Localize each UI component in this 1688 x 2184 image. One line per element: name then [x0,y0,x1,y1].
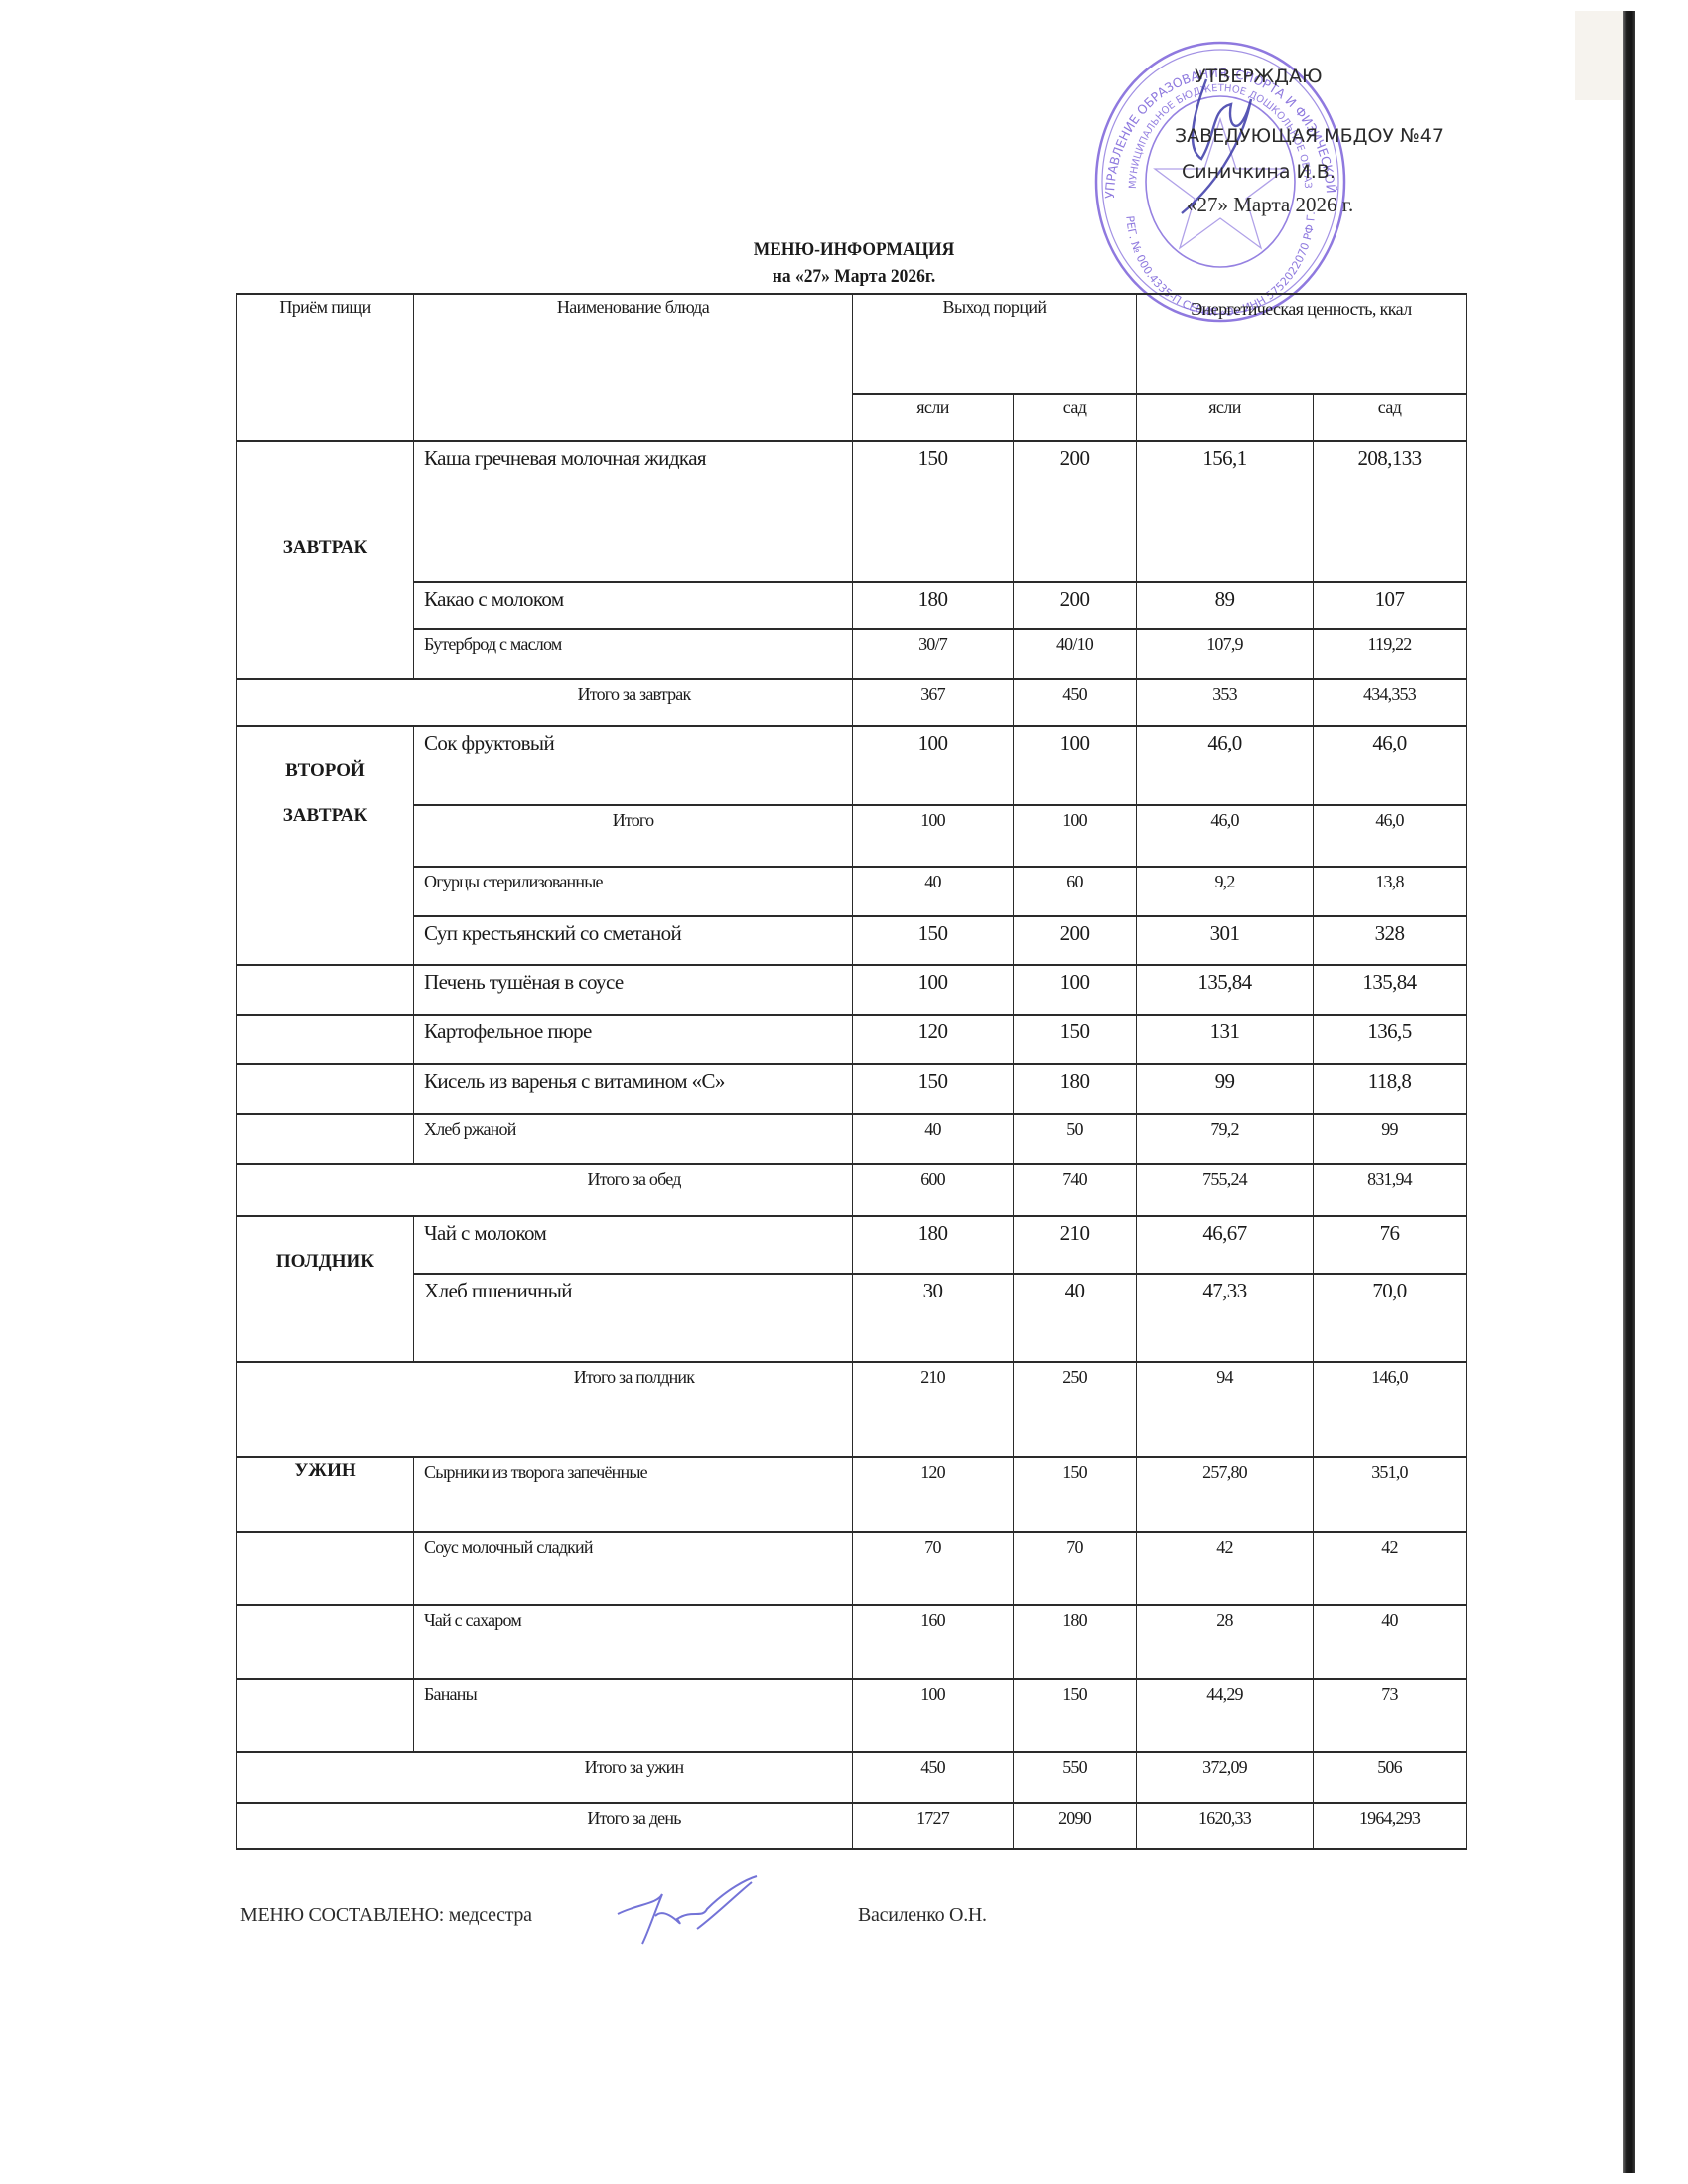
header-energy: Энергетическая ценность, ккал [1136,293,1467,393]
energy-nursery: 44,29 [1136,1678,1313,1751]
energy-garden: 13,8 [1313,866,1467,915]
portion-garden: 200 [1013,581,1136,628]
energy-garden: 506 [1313,1751,1467,1802]
energy-garden: 99 [1313,1113,1467,1163]
energy-garden: 107 [1313,581,1467,628]
page-title: МЕНЮ-ИНФОРМАЦИЯ [580,239,1128,261]
energy-garden: 118,8 [1313,1063,1467,1113]
portion-garden: 150 [1013,1678,1136,1751]
nurse-signature [608,1874,767,1954]
total-row-label: Итого за день [236,1802,852,1850]
energy-garden: 135,84 [1313,964,1467,1014]
energy-nursery: 755,24 [1136,1163,1313,1215]
energy-nursery: 1620,33 [1136,1802,1313,1850]
dish-name: Картофельное пюре [413,1014,852,1063]
portion-garden: 40 [1013,1273,1136,1361]
energy-nursery: 79,2 [1136,1113,1313,1163]
portion-nursery: 150 [852,915,1013,964]
portion-nursery: 100 [852,1678,1013,1751]
energy-nursery: 42 [1136,1531,1313,1604]
energy-nursery: 257,80 [1136,1456,1313,1531]
energy-nursery: 94 [1136,1361,1313,1456]
portion-garden: 740 [1013,1163,1136,1215]
portion-garden: 450 [1013,678,1136,725]
page-subtitle: на «27» Марта 2026г. [580,266,1128,288]
approval-position: ЗАВЕДУЮЩАЯ МБДОУ №47 [1175,125,1444,147]
meal-empty-cell [236,1063,413,1113]
portion-nursery: 30/7 [852,628,1013,678]
dish-name: Сырники из творога запечённые [413,1456,852,1531]
energy-garden: 136,5 [1313,1014,1467,1063]
energy-nursery: 46,67 [1136,1215,1313,1273]
dish-name: Каша гречневая молочная жидкая [413,440,852,581]
meal-empty-cell [236,1113,413,1163]
energy-nursery: 47,33 [1136,1273,1313,1361]
portion-garden: 150 [1013,1456,1136,1531]
portion-garden: 40/10 [1013,628,1136,678]
portion-nursery: 600 [852,1163,1013,1215]
meal-label-word: ВТОРОЙ [237,760,413,783]
dish-name: Печень тушёная в соусе [413,964,852,1014]
total-row-label: Итого за обед [236,1163,852,1215]
dish-name: Хлеб пшеничный [413,1273,852,1361]
energy-garden: 119,22 [1313,628,1467,678]
portion-garden: 200 [1013,915,1136,964]
energy-garden: 46,0 [1313,804,1467,866]
header-dish: Наименование блюда [413,293,852,440]
portion-garden: 70 [1013,1531,1136,1604]
portion-nursery: 100 [852,725,1013,804]
portion-garden: 180 [1013,1604,1136,1678]
energy-nursery: 353 [1136,678,1313,725]
dish-name: Бутерброд с маслом [413,628,852,678]
portion-garden: 250 [1013,1361,1136,1456]
composed-by-label: МЕНЮ СОСТАВЛЕНО: медсестра [240,1904,532,1927]
portion-nursery: 150 [852,440,1013,581]
energy-garden: 42 [1313,1531,1467,1604]
dish-name: Чай с сахаром [413,1604,852,1678]
approval-heading: УТВЕРЖДАЮ [1195,66,1323,87]
meal-empty-cell [236,1678,413,1751]
header-energy-nursery: ясли [1136,393,1313,440]
portion-nursery: 70 [852,1531,1013,1604]
total-row-label: Итого за полдник [236,1361,852,1456]
meal-label-word: ЗАВТРАК [237,805,413,828]
portion-nursery: 100 [852,964,1013,1014]
dish-name: Соус молочный сладкий [413,1531,852,1604]
portion-garden: 2090 [1013,1802,1136,1850]
portion-garden: 180 [1013,1063,1136,1113]
meal-empty-cell [236,1604,413,1678]
energy-garden: 146,0 [1313,1361,1467,1456]
dish-name: Хлеб ржаной [413,1113,852,1163]
meal-label-word: ЗАВТРАК [237,537,413,560]
energy-garden: 351,0 [1313,1456,1467,1531]
meal-label-word: УЖИН [237,1460,413,1483]
portion-nursery: 160 [852,1604,1013,1678]
energy-nursery: 46,0 [1136,725,1313,804]
dish-name: Чай с молоком [413,1215,852,1273]
dish-name: Сок фруктовый [413,725,852,804]
meal-label: УЖИН [236,1456,413,1531]
energy-garden: 328 [1313,915,1467,964]
portion-garden: 60 [1013,866,1136,915]
portion-nursery: 210 [852,1361,1013,1456]
dish-name: Кисель из варенья с витамином «С» [413,1063,852,1113]
header-energy-garden: сад [1313,393,1467,440]
approval-date: «27» Марта 2026 г. [1187,193,1353,217]
portion-garden: 100 [1013,804,1136,866]
energy-nursery: 372,09 [1136,1751,1313,1802]
energy-garden: 208,133 [1313,440,1467,581]
energy-garden: 434,353 [1313,678,1467,725]
header-portion: Выход порций [852,293,1136,393]
energy-garden: 73 [1313,1678,1467,1751]
total-row-label: Итого за ужин [236,1751,852,1802]
meal-label: ЗАВТРАК [236,440,413,678]
scan-border [1623,11,1635,2173]
meal-empty-cell [236,1531,413,1604]
header-portion-nursery: ясли [852,393,1013,440]
energy-nursery: 131 [1136,1014,1313,1063]
energy-nursery: 156,1 [1136,440,1313,581]
portion-nursery: 120 [852,1456,1013,1531]
energy-garden: 76 [1313,1215,1467,1273]
portion-garden: 200 [1013,440,1136,581]
approval-person: Синичкина И.В. [1182,161,1336,183]
portion-nursery: 40 [852,1113,1013,1163]
dish-name: Огурцы стерилизованные [413,866,852,915]
portion-nursery: 100 [852,804,1013,866]
header-meal: Приём пищи [236,293,413,440]
portion-nursery: 180 [852,1215,1013,1273]
energy-nursery: 9,2 [1136,866,1313,915]
energy-garden: 1964,293 [1313,1802,1467,1850]
portion-garden: 550 [1013,1751,1136,1802]
portion-garden: 210 [1013,1215,1136,1273]
energy-nursery: 107,9 [1136,628,1313,678]
dish-name: Суп крестьянский со сметаной [413,915,852,964]
portion-nursery: 450 [852,1751,1013,1802]
meal-label: ПОЛДНИК [236,1215,413,1361]
total-row-label: Итого за завтрак [236,678,852,725]
dish-name: Бананы [413,1678,852,1751]
scan-shading [1575,11,1623,100]
portion-nursery: 30 [852,1273,1013,1361]
energy-nursery: 89 [1136,581,1313,628]
composer-name: Василенко О.Н. [858,1904,987,1927]
portion-nursery: 120 [852,1014,1013,1063]
energy-garden: 70,0 [1313,1273,1467,1361]
portion-nursery: 150 [852,1063,1013,1113]
menu-table: Приём пищиНаименование блюдаВыход порций… [236,293,1467,1850]
energy-garden: 46,0 [1313,725,1467,804]
meal-empty-cell [236,964,413,1014]
energy-nursery: 301 [1136,915,1313,964]
portion-garden: 50 [1013,1113,1136,1163]
energy-nursery: 99 [1136,1063,1313,1113]
energy-nursery: 46,0 [1136,804,1313,866]
portion-nursery: 1727 [852,1802,1013,1850]
meal-empty-cell [236,1014,413,1063]
dish-name: Итого [413,804,852,866]
meal-label: ВТОРОЙЗАВТРАК [236,725,413,964]
meal-label-word: ПОЛДНИК [237,1251,413,1274]
energy-garden: 40 [1313,1604,1467,1678]
portion-nursery: 180 [852,581,1013,628]
energy-nursery: 135,84 [1136,964,1313,1014]
portion-garden: 100 [1013,725,1136,804]
energy-garden: 831,94 [1313,1163,1467,1215]
header-portion-garden: сад [1013,393,1136,440]
portion-garden: 150 [1013,1014,1136,1063]
portion-nursery: 40 [852,866,1013,915]
dish-name: Какао с молоком [413,581,852,628]
energy-nursery: 28 [1136,1604,1313,1678]
portion-nursery: 367 [852,678,1013,725]
portion-garden: 100 [1013,964,1136,1014]
